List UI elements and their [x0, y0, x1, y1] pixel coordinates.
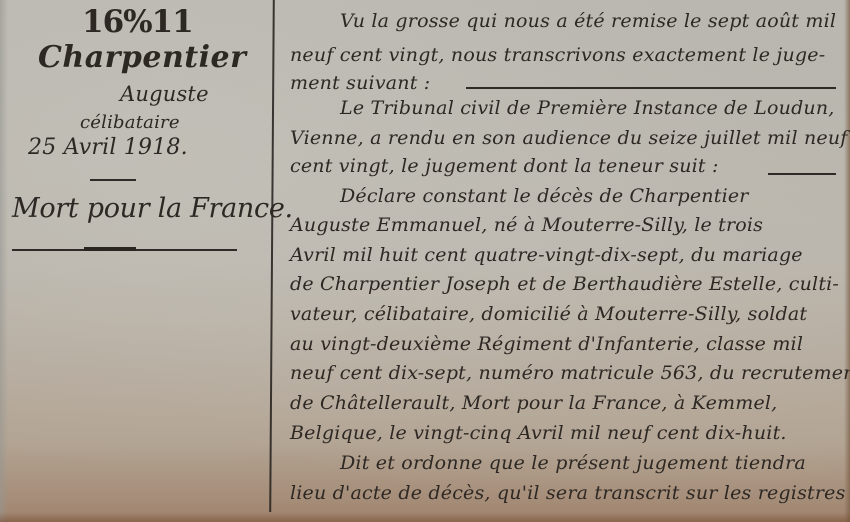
text-line: Auguste Emmanuel, né à Mouterre-Silly, l…	[290, 214, 763, 236]
text-line: cent vingt, le jugement dont la teneur s…	[290, 155, 719, 177]
register-page: 16%11 Charpentier Auguste célibataire 25…	[0, 0, 850, 522]
text-line: au vingt-deuxième Régiment d'Infanterie,…	[290, 333, 803, 355]
text-line: vateur, célibataire, domicilié à Mouterr…	[290, 303, 807, 325]
text-line: Le Tribunal civil de Première Instance d…	[340, 97, 835, 119]
entry-number: 16%11	[82, 4, 193, 40]
page-bottom-shadow	[0, 512, 850, 522]
text-line: de Châtellerault, Mort pour la France, à…	[290, 392, 777, 414]
given-name: Auguste	[120, 82, 209, 106]
page-left-edge	[0, 0, 8, 522]
text-line: Dit et ordonne que le présent jugement t…	[340, 452, 806, 474]
fill-line	[768, 173, 836, 175]
text-line: Vu la grosse qui nous a été remise le se…	[340, 10, 836, 32]
text-line: de Charpentier Joseph et de Berthaudière…	[290, 273, 839, 295]
text-line: ment suivant :	[290, 72, 430, 94]
text-line: lieu d'acte de décès, qu'il sera transcr…	[290, 482, 846, 504]
text-line: Déclare constant le décès de Charpentier	[340, 185, 749, 207]
death-date: 25 Avril 1918.	[28, 135, 188, 160]
fill-line	[466, 87, 836, 89]
text-line: Belgique, le vingt-cinq Avril mil neuf c…	[290, 422, 787, 444]
margin-divider-thick	[84, 247, 136, 251]
text-line: neuf cent dix-sept, numéro matricule 563…	[290, 362, 850, 384]
page-right-edge	[844, 0, 850, 522]
marital-status: célibataire	[80, 112, 180, 133]
text-line: Avril mil huit cent quatre-vingt-dix-sep…	[290, 244, 803, 266]
margin-rule	[269, 0, 275, 512]
surname: Charpentier	[38, 40, 246, 75]
text-line: Vienne, a rendu en son audience du seize…	[290, 127, 848, 149]
margin-divider-short	[90, 179, 136, 181]
mention-mort-pour-la-france: Mort pour la France.	[12, 193, 293, 224]
text-line: neuf cent vingt, nous transcrivons exact…	[290, 44, 825, 66]
